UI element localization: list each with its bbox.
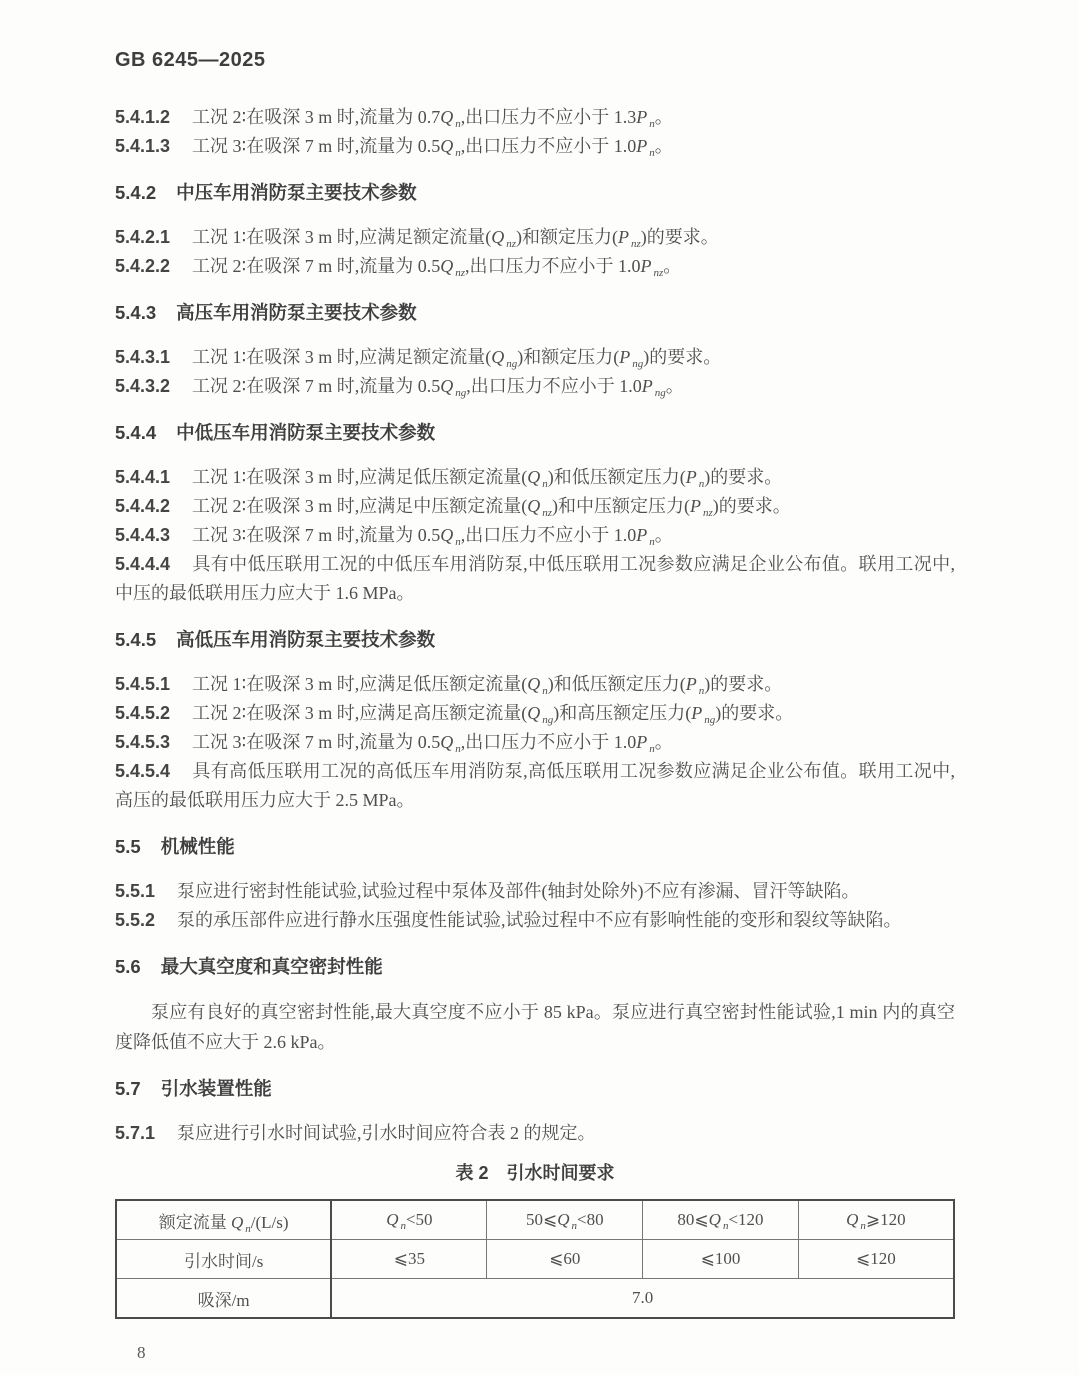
heading-number: 5.4.3 <box>115 302 156 323</box>
clause-text: 工况 1∶在吸深 3 m 时,应满足额定流量(Qng)和额定压力(Png)的要求… <box>192 347 721 367</box>
table-row-label: 吸深/m <box>116 1279 331 1319</box>
heading-number: 5.6 <box>115 956 141 977</box>
clause-5-7-1: 5.7.1泵应进行引水时间试验,引水时间应符合表 2 的规定。 <box>115 1119 955 1148</box>
clause-5-4-4-1: 5.4.4.1工况 1∶在吸深 3 m 时,应满足低压额定流量(Qn)和低压额定… <box>115 463 955 492</box>
heading-text: 中低压车用消防泵主要技术参数 <box>176 422 435 443</box>
page-number: 8 <box>137 1343 955 1363</box>
heading-text: 高低压车用消防泵主要技术参数 <box>176 629 435 650</box>
heading-text: 最大真空度和真空密封性能 <box>161 956 383 977</box>
clause-5-4-5-2: 5.4.5.2工况 2∶在吸深 3 m 时,应满足高压额定流量(Qng)和高压额… <box>115 699 955 728</box>
table-row-priming-time: 引水时间/s ⩽35 ⩽60 ⩽100 ⩽120 <box>116 1240 954 1279</box>
table-cell: 50⩽Qn<80 <box>487 1200 643 1240</box>
table-cell: 7.0 <box>331 1279 954 1319</box>
clause-number: 5.4.4.3 <box>115 525 170 545</box>
table-cell: ⩽35 <box>331 1240 487 1279</box>
clause-5-4-4-4: 5.4.4.4具有中低压联用工况的中低压车用消防泵,中低压联用工况参数应满足企业… <box>115 550 955 608</box>
clause-number: 5.4.4.4 <box>115 554 170 574</box>
clause-text: 具有中低压联用工况的中低压车用消防泵,中低压联用工况参数应满足企业公布值。联用工… <box>115 554 955 603</box>
table-row-label: 引水时间/s <box>116 1240 331 1279</box>
clause-5-4-5-4: 5.4.5.4具有高低压联用工况的高低压车用消防泵,高低压联用工况参数应满足企业… <box>115 757 955 815</box>
clause-5-4-1-2: 5.4.1.2工况 2∶在吸深 3 m 时,流量为 0.7Qn,出口压力不应小于… <box>115 103 955 132</box>
clause-text: 工况 2∶在吸深 3 m 时,应满足高压额定流量(Qng)和高压额定压力(Png… <box>192 703 793 723</box>
clause-5-4-5-1: 5.4.5.1工况 1∶在吸深 3 m 时,应满足低压额定流量(Qn)和低压额定… <box>115 670 955 699</box>
heading-5-4-2: 5.4.2中压车用消防泵主要技术参数 <box>115 178 955 207</box>
clause-number: 5.4.2.1 <box>115 227 170 247</box>
heading-number: 5.4.4 <box>115 422 156 443</box>
clause-text: 工况 3∶在吸深 7 m 时,流量为 0.5Qn,出口压力不应小于 1.0Pn。 <box>192 136 673 156</box>
clause-number: 5.4.3.1 <box>115 347 170 367</box>
clause-text: 工况 2∶在吸深 7 m 时,流量为 0.5Qnz,出口压力不应小于 1.0Pn… <box>192 256 681 276</box>
clause-text: 工况 2∶在吸深 3 m 时,流量为 0.7Qn,出口压力不应小于 1.3Pn。 <box>192 107 673 127</box>
clause-5-5-1: 5.5.1泵应进行密封性能试验,试验过程中泵体及部件(轴封处除外)不应有渗漏、冒… <box>115 877 955 906</box>
heading-text: 高压车用消防泵主要技术参数 <box>176 302 417 323</box>
clause-number: 5.4.2.2 <box>115 256 170 276</box>
clause-number: 5.4.4.2 <box>115 496 170 516</box>
table-2-title: 表 2 引水时间要求 <box>115 1160 955 1186</box>
heading-5-7: 5.7引水装置性能 <box>115 1074 955 1103</box>
heading-number: 5.4.2 <box>115 182 156 203</box>
table-row-rated-flow: 额定流量 Qn/(L/s) Qn<50 50⩽Qn<80 80⩽Qn<120 Q… <box>116 1200 954 1240</box>
clause-text: 泵应进行引水时间试验,引水时间应符合表 2 的规定。 <box>177 1123 596 1143</box>
clause-5-4-5-3: 5.4.5.3工况 3∶在吸深 7 m 时,流量为 0.5Qn,出口压力不应小于… <box>115 728 955 757</box>
clause-5-4-1-3: 5.4.1.3工况 3∶在吸深 7 m 时,流量为 0.5Qn,出口压力不应小于… <box>115 132 955 161</box>
clause-5-4-2-1: 5.4.2.1工况 1∶在吸深 3 m 时,应满足额定流量(Qnz)和额定压力(… <box>115 223 955 252</box>
heading-text: 机械性能 <box>161 836 235 857</box>
clause-text: 泵的承压部件应进行静水压强度性能试验,试验过程中不应有影响性能的变形和裂纹等缺陷… <box>177 910 902 930</box>
clause-number: 5.4.5.2 <box>115 703 170 723</box>
heading-number: 5.5 <box>115 836 141 857</box>
clause-number: 5.4.5.4 <box>115 761 170 781</box>
clause-text: 工况 2∶在吸深 7 m 时,流量为 0.5Qng,出口压力不应小于 1.0Pn… <box>192 376 684 396</box>
clause-text: 工况 3∶在吸深 7 m 时,流量为 0.5Qn,出口压力不应小于 1.0Pn。 <box>192 732 673 752</box>
table-cell: ⩽100 <box>643 1240 799 1279</box>
clause-text: 具有高低压联用工况的高低压车用消防泵,高低压联用工况参数应满足企业公布值。联用工… <box>115 761 955 810</box>
table-row-suction-depth: 吸深/m 7.0 <box>116 1279 954 1319</box>
clause-text: 工况 1∶在吸深 3 m 时,应满足低压额定流量(Qn)和低压额定压力(Pn)的… <box>192 674 782 694</box>
heading-number: 5.4.5 <box>115 629 156 650</box>
standard-number: GB 6245—2025 <box>115 47 955 73</box>
clause-number: 5.4.5.1 <box>115 674 170 694</box>
clause-5-4-3-1: 5.4.3.1工况 1∶在吸深 3 m 时,应满足额定流量(Qng)和额定压力(… <box>115 343 955 372</box>
table-cell: Qn<50 <box>331 1200 487 1240</box>
clause-5-4-3-2: 5.4.3.2工况 2∶在吸深 7 m 时,流量为 0.5Qng,出口压力不应小… <box>115 372 955 401</box>
table-cell: 80⩽Qn<120 <box>643 1200 799 1240</box>
clause-5-4-2-2: 5.4.2.2工况 2∶在吸深 7 m 时,流量为 0.5Qnz,出口压力不应小… <box>115 252 955 281</box>
table-cell: ⩽120 <box>798 1240 954 1279</box>
heading-text: 引水装置性能 <box>161 1078 272 1099</box>
clause-number: 5.4.1.2 <box>115 107 170 127</box>
clause-text: 工况 1∶在吸深 3 m 时,应满足额定流量(Qnz)和额定压力(Pnz)的要求… <box>192 227 719 247</box>
table-2-priming-time: 额定流量 Qn/(L/s) Qn<50 50⩽Qn<80 80⩽Qn<120 Q… <box>115 1199 955 1319</box>
document-page: GB 6245—2025 5.4.1.2工况 2∶在吸深 3 m 时,流量为 0… <box>0 0 1079 1375</box>
clause-5-4-4-3: 5.4.4.3工况 3∶在吸深 7 m 时,流量为 0.5Qn,出口压力不应小于… <box>115 521 955 550</box>
clause-number: 5.7.1 <box>115 1123 155 1143</box>
heading-5-5: 5.5机械性能 <box>115 832 955 861</box>
clause-text: 工况 3∶在吸深 7 m 时,流量为 0.5Qn,出口压力不应小于 1.0Pn。 <box>192 525 673 545</box>
clause-number: 5.5.1 <box>115 881 155 901</box>
heading-text: 中压车用消防泵主要技术参数 <box>176 182 417 203</box>
clause-text: 工况 2∶在吸深 3 m 时,应满足中压额定流量(Qnz)和中压额定压力(Pnz… <box>192 496 791 516</box>
paragraph-vacuum-performance: 泵应有良好的真空密封性能,最大真空度不应小于 85 kPa。泵应进行真空密封性能… <box>115 997 955 1057</box>
table-row-label: 额定流量 Qn/(L/s) <box>116 1200 331 1240</box>
heading-5-4-4: 5.4.4中低压车用消防泵主要技术参数 <box>115 418 955 447</box>
heading-5-4-3: 5.4.3高压车用消防泵主要技术参数 <box>115 298 955 327</box>
clause-number: 5.4.3.2 <box>115 376 170 396</box>
clause-5-5-2: 5.5.2泵的承压部件应进行静水压强度性能试验,试验过程中不应有影响性能的变形和… <box>115 906 955 935</box>
clause-text: 工况 1∶在吸深 3 m 时,应满足低压额定流量(Qn)和低压额定压力(Pn)的… <box>192 467 782 487</box>
heading-5-4-5: 5.4.5高低压车用消防泵主要技术参数 <box>115 625 955 654</box>
table-cell: ⩽60 <box>487 1240 643 1279</box>
heading-number: 5.7 <box>115 1078 141 1099</box>
clause-number: 5.4.5.3 <box>115 732 170 752</box>
clause-number: 5.5.2 <box>115 910 155 930</box>
clause-text: 泵应进行密封性能试验,试验过程中泵体及部件(轴封处除外)不应有渗漏、冒汗等缺陷。 <box>177 881 859 901</box>
clause-5-4-4-2: 5.4.4.2工况 2∶在吸深 3 m 时,应满足中压额定流量(Qnz)和中压额… <box>115 492 955 521</box>
clause-number: 5.4.4.1 <box>115 467 170 487</box>
clause-number: 5.4.1.3 <box>115 136 170 156</box>
table-cell: Qn⩾120 <box>798 1200 954 1240</box>
heading-5-6: 5.6最大真空度和真空密封性能 <box>115 952 955 981</box>
